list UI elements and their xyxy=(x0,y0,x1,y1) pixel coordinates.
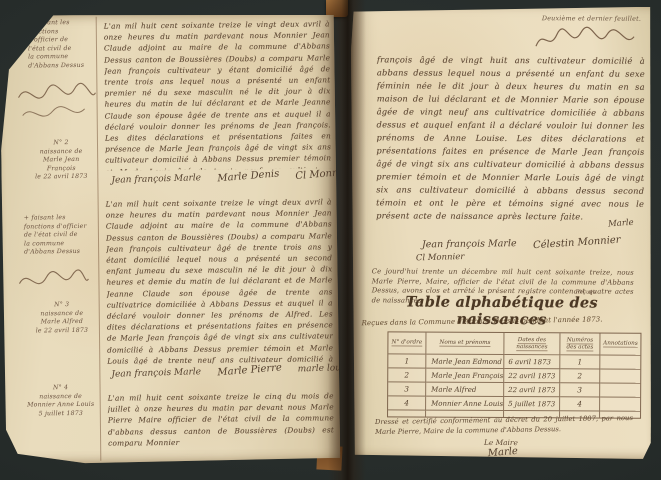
margin-note-acte-2: N° 2 naissance de Marle Jean François le… xyxy=(25,139,97,183)
table-cell: 1 xyxy=(560,355,600,369)
acte-4-signatures: Jean françois Marle Célestin Monnier xyxy=(422,237,620,250)
table-cell: 3 xyxy=(560,383,600,397)
margin-note-acte-3: N° 3 naissance de Marle Alfred le 22 avr… xyxy=(25,301,99,336)
table-cell: 22 avril 1873 xyxy=(504,383,560,397)
paraph-scrawl xyxy=(533,26,637,55)
signature: Cl Monnier xyxy=(295,167,353,183)
scanned-register-spread: + faisant les fonctions d'officier de l'… xyxy=(0,0,661,480)
table-cell xyxy=(600,398,640,412)
acte-3-text: L'an mil huit cent soixante treize le vi… xyxy=(106,196,334,364)
table-header-numeros: Numéros des actes xyxy=(560,333,600,355)
table-cell: Marle Alfred xyxy=(426,383,504,397)
table-cell xyxy=(600,370,640,384)
acte-4-text-debut: L'an mil huit cent soixante treize le ci… xyxy=(108,390,335,452)
table-cell: 5 juillet 1873 xyxy=(504,397,560,411)
table-cell: 6 avril 1873 xyxy=(504,355,560,369)
table-cell: 22 avril 1873 xyxy=(504,369,560,383)
margin-note-officier-2: + faisant les fonctions d'officier de l'… xyxy=(24,214,98,258)
signature-scrawl xyxy=(14,81,98,130)
table-cell: 4 xyxy=(388,396,426,410)
signature: Célestin Monnier xyxy=(532,235,620,252)
table-cell: 4 xyxy=(560,397,600,411)
table-cell: Monnier Anne Louis xyxy=(426,397,504,411)
margin-note-acte-4: N° 4 naissance de Monnier Anne Louis 5 j… xyxy=(22,384,100,419)
table-header-noms: Noms et prénoms xyxy=(426,333,504,355)
signature: Marle Pierre xyxy=(217,362,282,378)
table-header-annotations: Annotations xyxy=(600,334,640,356)
margin-note-officier-1: + faisant les fonctions d'officier de l'… xyxy=(28,19,95,71)
signature: Cl Monnier xyxy=(416,252,465,263)
signature: Jean françois Marle xyxy=(111,173,201,185)
acte-3-signatures: Jean françois Marle Marle Pierre marle l… xyxy=(111,362,348,380)
acte-4-text-fin: françois âgé de vingt huit ans cultivate… xyxy=(376,53,645,232)
signature: Marle Denis xyxy=(217,168,280,184)
signature: marle louis xyxy=(298,363,349,374)
table-cell: Marle Jean François xyxy=(426,369,504,383)
table-cell: 1 xyxy=(388,354,426,368)
title-insertion: Reçues xyxy=(576,289,596,295)
signature: Jean françois Marle xyxy=(422,238,517,250)
table-header-ordre: N° d'ordre xyxy=(388,332,426,354)
certification-statement: Dressé et certifié conformément au décre… xyxy=(375,413,633,437)
acte-2-signatures: Jean françois Marle Marle Denis Cl Monni… xyxy=(111,168,352,186)
table-cell: 2 xyxy=(388,368,426,382)
acte-2-text: L'an mil huit cent soixante treize le vi… xyxy=(104,18,332,170)
table-cell: 2 xyxy=(560,369,600,383)
signature: Marle xyxy=(608,218,634,230)
register-right-page: Deuxième et dernier feuillet. françois â… xyxy=(349,5,653,461)
register-left-page: + faisant les fonctions d'officier de l'… xyxy=(0,12,340,465)
table-cell: Marle Jean Edmond xyxy=(426,355,504,369)
table-cell: 3 xyxy=(388,382,426,396)
table-cell xyxy=(600,384,640,398)
signature: Jean françois Marle xyxy=(111,367,201,379)
table-cell xyxy=(600,356,640,370)
births-table: N° d'ordre Noms et prénoms Dates des nai… xyxy=(387,331,641,418)
signature-scrawl xyxy=(16,265,90,300)
table-header-dates: Dates des naissances xyxy=(504,333,560,355)
binding-tab-top xyxy=(326,0,348,17)
folio-annotation: Deuxième et dernier feuillet. xyxy=(542,14,641,23)
